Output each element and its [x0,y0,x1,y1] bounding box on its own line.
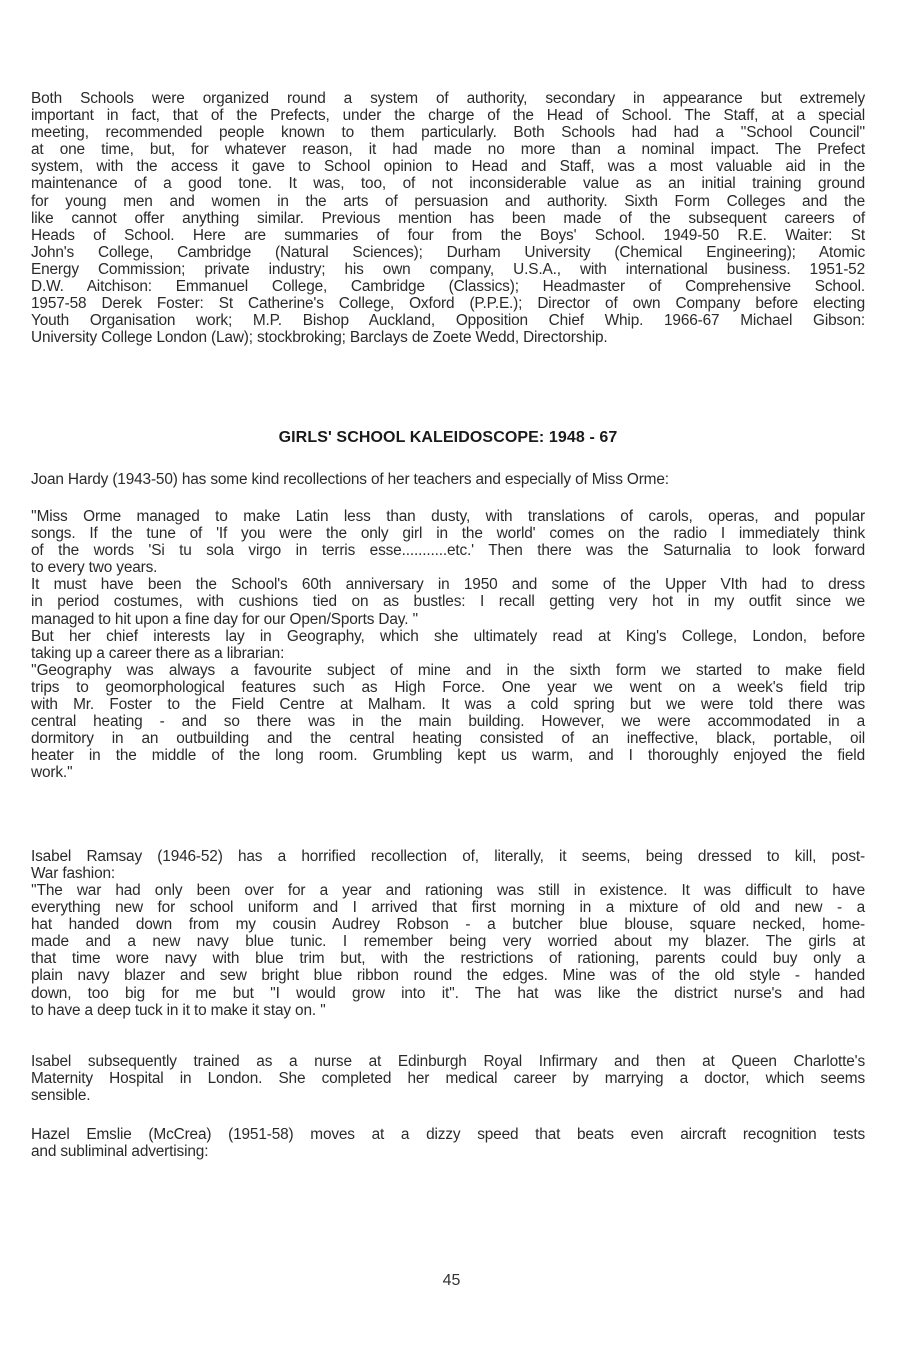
text-line: Isabel Ramsay (1946-52) has a horrified … [31,848,865,865]
text-line: to every two years. [31,559,865,576]
text-line: central heating - and so there was in th… [31,713,865,730]
text-line: plain navy blazer and sew bright blue ri… [31,967,865,984]
text-line: with Mr. Foster to the Field Centre at M… [31,696,865,713]
text-line: ''The war had only been over for a year … [31,882,865,899]
text-line: maintenance of a good tone. It was, too,… [31,175,865,192]
text-line: everything new for school uniform and I … [31,899,865,916]
isabel-quote-paragraph: ''The war had only been over for a year … [31,882,865,1019]
text-line: trips to geomorphological features such … [31,679,865,696]
text-line: sensible. [31,1087,865,1104]
text-line: made and a new navy blue tunic. I rememb… [31,933,865,950]
text-line: to have a deep tuck in it to make it sta… [31,1002,865,1019]
text-line: for young men and women in the arts of p… [31,193,865,210]
text-line: Maternity Hospital in London. She comple… [31,1070,865,1087]
text-line: John's College, Cambridge (Natural Scien… [31,244,865,261]
hazel-intro-paragraph: Hazel Emslie (McCrea) (1951-58) moves at… [31,1126,865,1160]
text-line: in period costumes, with cushions tied o… [31,593,865,610]
joan-intro-paragraph: Joan Hardy (1943-50) has some kind recol… [31,471,865,488]
text-line: system, with the access it gave to Schoo… [31,158,865,175]
text-line: work.'' [31,764,865,781]
text-line: managed to hit upon a fine day for our O… [31,611,865,628]
text-line: important in fact, that of the Prefects,… [31,107,865,124]
text-line: Heads of School. Here are summaries of f… [31,227,865,244]
text-line: and subliminal advertising: [31,1143,865,1160]
text-line: Both Schools were organized round a syst… [31,90,865,107]
text-line: University College London (Law); stockbr… [31,329,865,346]
text-line: Youth Organisation work; M.P. Bishop Auc… [31,312,865,329]
text-line: that time wore navy with blue trim but, … [31,950,865,967]
joan-quote-paragraph: ''Miss Orme managed to make Latin less t… [31,508,865,782]
text-line: meeting, recommended people known to the… [31,124,865,141]
text-line: of the words 'Si tu sola virgo in terris… [31,542,865,559]
text-line: War fashion: [31,865,865,882]
text-line: down, too big for me but ''I would grow … [31,985,865,1002]
text-line: Energy Commission; private industry; his… [31,261,865,278]
text-line: Isabel subsequently trained as a nurse a… [31,1053,865,1070]
isabel-career-paragraph: Isabel subsequently trained as a nurse a… [31,1053,865,1104]
text-line: taking up a career there as a librarian: [31,645,865,662]
prefects-paragraph: Both Schools were organized round a syst… [31,90,865,346]
text-line: But her chief interests lay in Geography… [31,628,865,645]
text-line: heater in the middle of the long room. G… [31,747,865,764]
text-line: ''Geography was always a favourite subje… [31,662,865,679]
text-line: Hazel Emslie (McCrea) (1951-58) moves at… [31,1126,865,1143]
text-line: 1957-58 Derek Foster: St Catherine's Col… [31,295,865,312]
text-line: at one time, but, for whatever reason, i… [31,141,865,158]
text-line: songs. If the tune of 'If you were the o… [31,525,865,542]
text-line: dormitory in an outbuilding and the cent… [31,730,865,747]
page-number: 45 [0,1272,903,1290]
isabel-intro-paragraph: Isabel Ramsay (1946-52) has a horrified … [31,848,865,882]
text-line: like cannot offer anything similar. Prev… [31,210,865,227]
text-line: It must have been the School's 60th anni… [31,576,865,593]
text-line: hat handed down from my cousin Audrey Ro… [31,916,865,933]
text-line: ''Miss Orme managed to make Latin less t… [31,508,865,525]
text-line: Joan Hardy (1943-50) has some kind recol… [31,471,865,488]
section-heading: GIRLS' SCHOOL KALEIDOSCOPE: 1948 - 67 [31,429,865,447]
text-line: D.W. Aitchison: Emmanuel College, Cambri… [31,278,865,295]
